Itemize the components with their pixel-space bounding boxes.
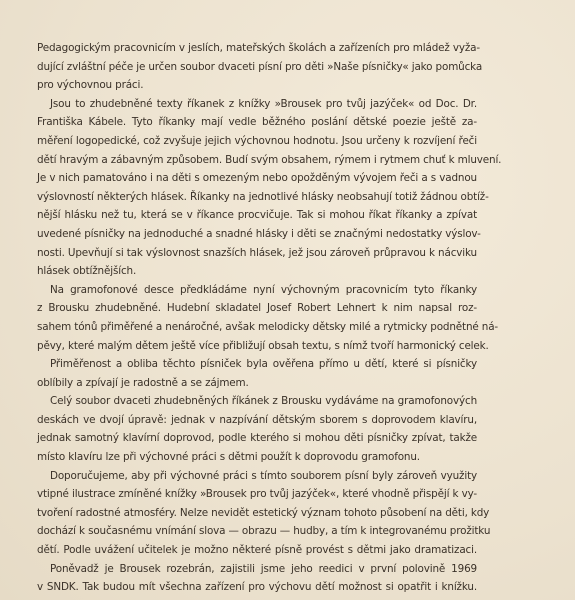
text-line: z Brousku zhudebněné. Hudební skladatel …: [37, 299, 477, 318]
paragraph-rhymes: Jsou to zhudebněné texty říkanek z knížk…: [37, 95, 477, 281]
paragraph-intro: Pedagogickým pracovnicím v jeslích, mate…: [37, 39, 477, 95]
paragraph-editions: Celý soubor dvaceti zhudebněných říkánek…: [37, 392, 477, 466]
text-line: Poněvadž je Brousek rozebrán, zajistili …: [37, 560, 477, 579]
text-line: místo klavíru lze při výchovné práci s d…: [37, 448, 477, 467]
text-line: tvoření radostné atmosféry. Nelze nevidě…: [37, 504, 477, 523]
text-line: hlásek obtížnějších.: [37, 262, 477, 281]
text-line: vtipné ilustrace zmíněné knížky »Brousek…: [37, 485, 477, 504]
text-line: sahem tónů přiměřené a nenáročné, avšak …: [37, 318, 477, 337]
text-line: měření logopedické, což zvyšuje jejich v…: [37, 132, 477, 151]
paragraph-popularity: Přiměřenost a obliba těchto písniček byl…: [37, 355, 477, 392]
text-line: Na gramofonové desce předkládáme nyní vý…: [37, 281, 477, 300]
text-line: Jsou to zhudebněné texty říkanek z knížk…: [37, 95, 477, 114]
text-line: výslovností některých hlásek. Říkanky na…: [37, 188, 477, 207]
text-line: uvedené písničky na jednoduché a snadné …: [37, 225, 477, 244]
text-line: Doporučujeme, aby při výchovné práci s t…: [37, 467, 477, 486]
text-line: jednak samotný klavírní doprovod, podle …: [37, 429, 477, 448]
text-line: dětí. Podle uvážení učitelek je možno ně…: [37, 541, 477, 560]
text-line: v SNDK. Tak budou mít všechna zařízení p…: [37, 578, 477, 597]
text-line: dětí hravým a zábavným způsobem. Budí sv…: [37, 151, 477, 170]
text-line: Je v nich pamatováno i na děti s omezený…: [37, 169, 477, 188]
text-line: Františka Kábele. Tyto říkanky mají vedl…: [37, 113, 477, 132]
text-line: Přiměřenost a obliba těchto písniček byl…: [37, 355, 477, 374]
text-line: dochází k současnému vnímání slova — obr…: [37, 522, 477, 541]
text-line: Pedagogickým pracovnicím v jeslích, mate…: [37, 39, 477, 58]
text-line: oblíbily a zpívají je radostně a se zájm…: [37, 374, 477, 393]
text-line: Celý soubor dvaceti zhudebněných říkánek…: [37, 392, 477, 411]
text-line: pěvy, které malým dětem ještě více přibl…: [37, 337, 477, 356]
paragraph-recommendation: Doporučujeme, aby při výchovné práci s t…: [37, 467, 477, 560]
document-page: Pedagogickým pracovnicím v jeslích, mate…: [37, 39, 477, 597]
paragraph-record: Na gramofonové desce předkládáme nyní vý…: [37, 281, 477, 355]
text-line: deskách ve dvojí úpravě: jednak v nazpív…: [37, 411, 477, 430]
text-line: dující zvláštní péče je určen soubor dva…: [37, 58, 477, 77]
paragraph-reissue: Poněvadž je Brousek rozebrán, zajistili …: [37, 560, 477, 597]
text-line: pro výchovnou práci.: [37, 76, 477, 95]
text-line: nosti. Upevňují si tak výslovnost snazší…: [37, 244, 477, 263]
text-line: nější hlásku než tu, která se v říkance …: [37, 206, 477, 225]
